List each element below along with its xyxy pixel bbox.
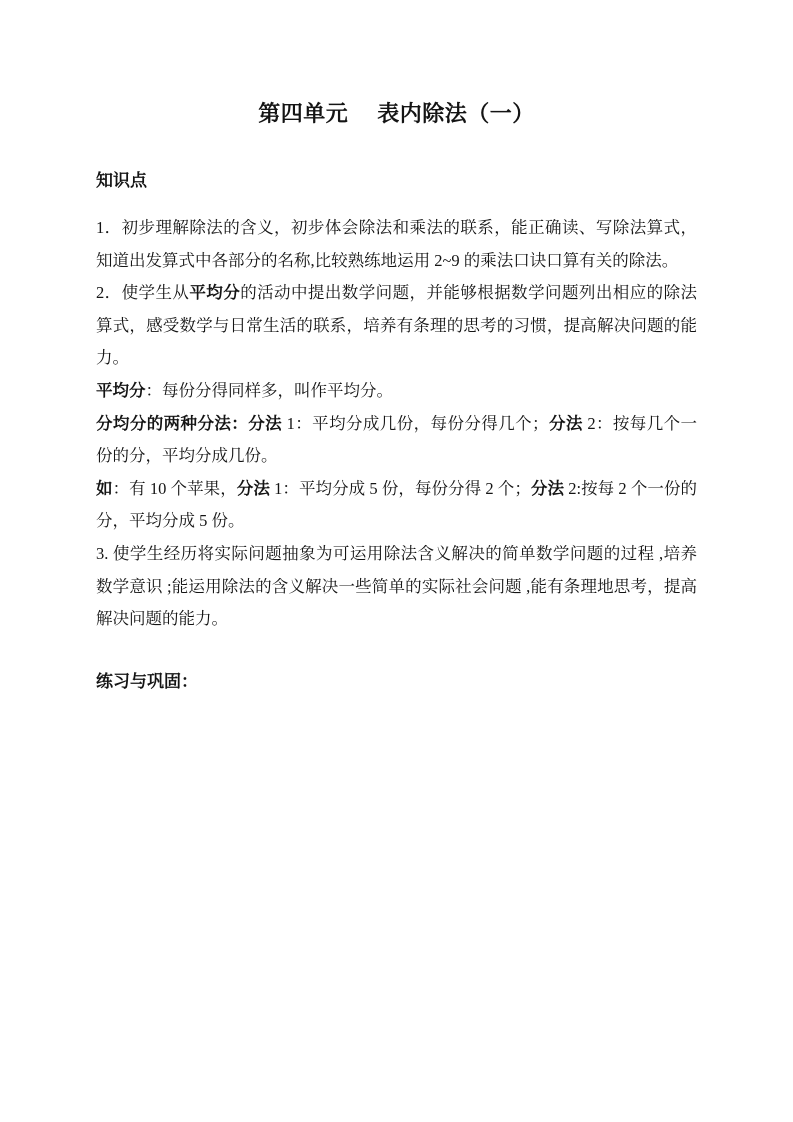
document-page: 第四单元 表内除法（一） 知识点 1．初步理解除法的含义，初步体会除法和乘法的联… bbox=[0, 0, 793, 1122]
text-run: 1：平均分成 5 份，每份分得 2 个； bbox=[270, 479, 531, 498]
text-run-bold: 分法 bbox=[237, 480, 270, 498]
text-run: 1：平均分成几份，每份分得几个； bbox=[282, 414, 548, 433]
text-run-bold: 如 bbox=[96, 480, 113, 498]
paragraph-3: 平均分：每份分得同样多，叫作平均分。 bbox=[96, 375, 697, 408]
document-title: 第四单元 表内除法（一） bbox=[96, 99, 697, 129]
text-run: 1．初步理解除法的含义，初步体会除法和乘法的联系，能正确读、写除法算式，知道出发… bbox=[96, 218, 697, 270]
knowledge-points-body: 1．初步理解除法的含义，初步体会除法和乘法的联系，能正确读、写除法算式，知道出发… bbox=[96, 212, 697, 636]
practice-heading: 练习与巩固： bbox=[96, 672, 697, 692]
paragraph-4: 分均分的两种分法：分法 1：平均分成几份，每份分得几个；分法 2：按每几个一份的… bbox=[96, 408, 697, 473]
text-run-bold: 分均分的两种分法：分法 bbox=[96, 415, 282, 433]
text-run-bold: 平均分 bbox=[96, 382, 146, 400]
text-run-bold: 分法 bbox=[531, 480, 564, 498]
text-run: ：有 10 个苹果， bbox=[113, 479, 237, 498]
text-run: 3. 使学生经历将实际问题抽象为可运用除法含义解决的简单数学问题的过程 ,培养数… bbox=[96, 544, 697, 628]
knowledge-points-heading: 知识点 bbox=[96, 171, 697, 191]
paragraph-1: 1．初步理解除法的含义，初步体会除法和乘法的联系，能正确读、写除法算式，知道出发… bbox=[96, 212, 697, 277]
paragraph-5: 如：有 10 个苹果，分法 1：平均分成 5 份，每份分得 2 个；分法 2:按… bbox=[96, 473, 697, 538]
text-run-bold: 分法 bbox=[549, 415, 583, 433]
text-run: 2．使学生从 bbox=[96, 283, 189, 302]
paragraph-2: 2．使学生从平均分的活动中提出数学问题，并能够根据数学问题列出相应的除法算式，感… bbox=[96, 277, 697, 375]
paragraph-6: 3. 使学生经历将实际问题抽象为可运用除法含义解决的简单数学问题的过程 ,培养数… bbox=[96, 538, 697, 636]
text-run-bold: 平均分 bbox=[189, 284, 240, 302]
text-run: ：每份分得同样多，叫作平均分。 bbox=[146, 381, 394, 400]
